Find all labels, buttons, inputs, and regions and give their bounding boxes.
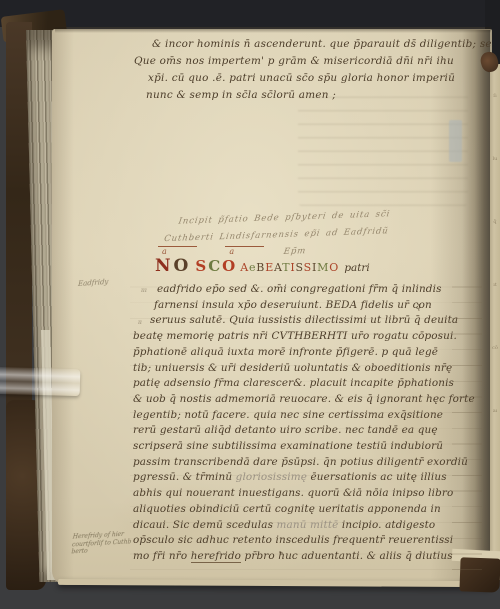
capital-letter: M xyxy=(317,261,329,274)
underlined-name: herefrido xyxy=(191,550,241,563)
text-line: eadfrido ep̄o sed &. om̄i congregationi … xyxy=(133,282,475,298)
initial-letter: N xyxy=(155,256,174,276)
closing-text-block: & incor hominis n̄ ascenderunt. que p̄pa… xyxy=(134,36,492,104)
capital-letter: S xyxy=(304,261,312,274)
text-segment: mo fr̄i nr̄o xyxy=(133,550,191,562)
margin-note-herefrid: Herefridy of hier courtforlif to Cuthb b… xyxy=(71,530,132,556)
text-line: op̄sculo sic adhuc retento inscedulis fr… xyxy=(133,533,475,549)
text-segment: incipio. atdigesto xyxy=(338,519,435,531)
text-line: mo fr̄i nr̄o herefrido pr̄bro ħuc aduent… xyxy=(133,549,475,565)
text-segment: pgressū. & tr̄minū xyxy=(133,471,236,483)
capital-letter: E xyxy=(265,261,274,274)
initial-letter: O xyxy=(174,256,192,276)
text-line: rerū gestarū aliq̄d detanto uiro scribe.… xyxy=(133,423,475,439)
display-capitals: NO xyxy=(155,256,191,276)
manuscript-photograph: ſı lu q̃ ıt cō aı & incor hominis n̄ asc… xyxy=(0,0,500,609)
display-capitals: AeBEATISSIMO xyxy=(240,261,339,274)
text-line: & incor hominis n̄ ascenderunt. que p̄pa… xyxy=(134,36,492,53)
initial-letter: S xyxy=(195,257,208,275)
page-top-shadow xyxy=(55,27,491,33)
text-segment: dicaui. Sic demū scedulas xyxy=(133,519,277,531)
page-bottom-edge xyxy=(58,579,490,587)
sliver-text-fragment: q̃ xyxy=(490,220,500,225)
text-line: dicaui. Sic demū scedulas manū mittē inc… xyxy=(133,518,475,534)
sliver-text-fragment: cō xyxy=(490,346,500,351)
sliver-text-fragment: aı xyxy=(490,409,500,414)
capital-letter: O xyxy=(329,261,339,274)
mark: a xyxy=(158,246,197,256)
text-line: seruus salutē. Quia iussistis dilectissi… xyxy=(133,313,475,329)
text-line: p̄phationē aliquā iuxta morē infronte p̄… xyxy=(133,345,475,361)
margin-tick: ııı xyxy=(141,287,147,294)
interlinear-correction: q̃ xyxy=(416,303,420,311)
text-line: beatę memorię patris nr̄i CVTHBERHTI ur̄… xyxy=(133,329,475,345)
text-line: tib; uniuersis & ur̄i desideriū uoluntat… xyxy=(133,361,475,377)
erased-marks: a a xyxy=(158,247,264,256)
text-line: xp̄i. cū quo .ē. patri unacū sc̄o sp̄u g… xyxy=(134,70,492,87)
capital-letter: S xyxy=(295,261,303,274)
initial-letter: O xyxy=(222,257,237,275)
sliver-text-fragment: ıt xyxy=(490,283,500,288)
display-capitals: SCO xyxy=(195,257,237,275)
text-line: patię adsensio fr̄ma clarescer&. placuit… xyxy=(133,376,475,392)
retraced-word: manū mittē xyxy=(277,519,339,531)
display-tail: patri xyxy=(341,262,370,274)
initial-letter: C xyxy=(208,257,222,275)
main-text-block: eadfrido ep̄o sed &. om̄i congregationi … xyxy=(133,282,475,565)
text-line: aliquoties obindiciū certū cognitę uerit… xyxy=(133,502,475,518)
backdrop-top-band xyxy=(0,0,500,27)
text-line: farnensi insula xp̄o deseruiunt. BEDA fi… xyxy=(133,298,475,314)
showthrough-initial xyxy=(449,120,462,162)
showthrough-text-ghost xyxy=(298,86,468,206)
text-line: passim transcribendā dare p̄sūpsi. q̄n p… xyxy=(133,455,475,471)
capital-letter: A xyxy=(240,261,249,274)
text-line: legentib; notū facere. quia nec sine cer… xyxy=(133,408,475,424)
text-line: Que om̄s nos impertem' p grām & miserico… xyxy=(134,53,492,70)
text-line: pgressū. & tr̄minū gloriosissimę ēuersat… xyxy=(133,470,475,486)
sliver-text-fragment: lu xyxy=(490,157,500,162)
text-line: nunc & semp in sc̄la sc̄lorū amen ; xyxy=(134,87,492,104)
decorated-incipit-line: NOSCOAeBEATISSIMO patri xyxy=(155,256,370,276)
facing-page-sliver: ſı lu q̃ ıt cō aı xyxy=(490,64,500,580)
retraced-word: gloriosissimę xyxy=(236,471,307,483)
acrylic-page-weight xyxy=(0,367,80,396)
text-line: & uob q̄ nostis admemoriā reuocare. & ei… xyxy=(133,392,475,408)
capital-letter: A xyxy=(274,261,282,274)
text-line: scripserā sine subtilissima examinatione… xyxy=(133,439,475,455)
mark: a xyxy=(225,246,264,256)
text-line: abhis qui nouerant inuestigans. quorū &i… xyxy=(133,486,475,502)
margin-tick: ıı xyxy=(138,319,142,326)
capital-letter: B xyxy=(256,261,265,274)
text-segment: pr̄bro ħuc aduentanti. & aliis q̄ diutiu… xyxy=(241,550,453,562)
text-segment: ēuersationis ac uitę illius xyxy=(307,471,447,483)
